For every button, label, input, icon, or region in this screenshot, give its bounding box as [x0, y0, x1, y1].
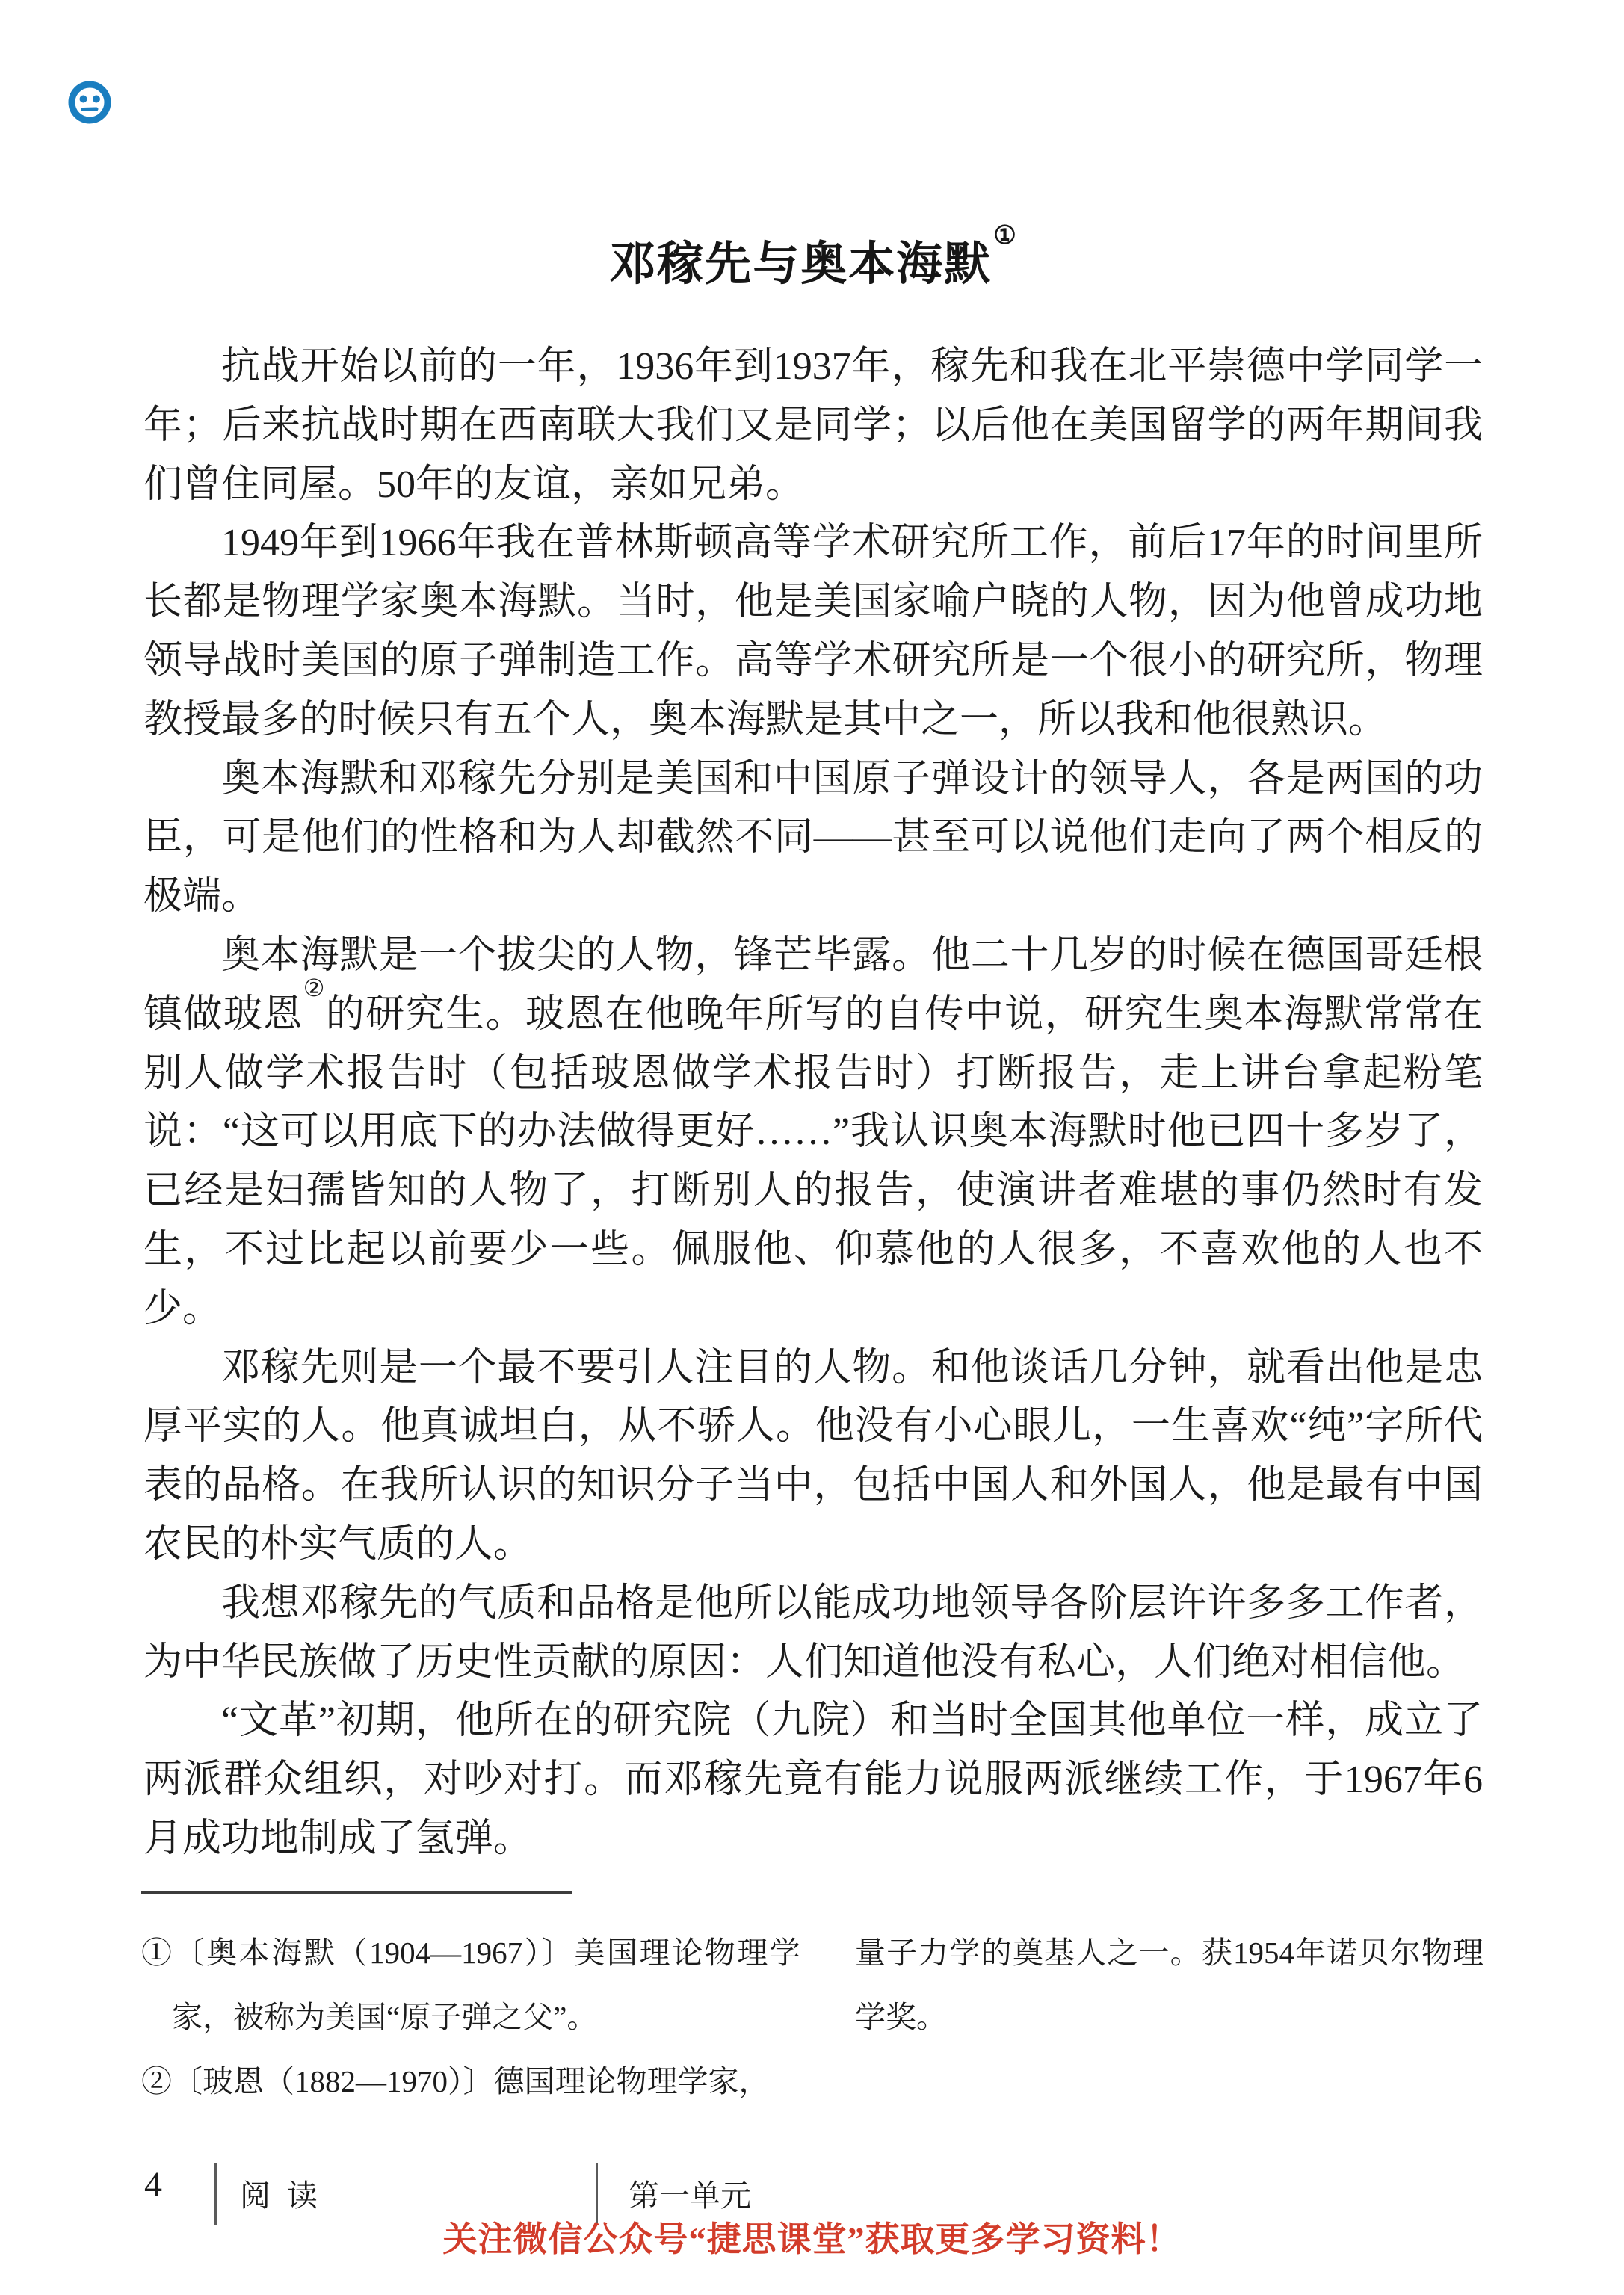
- page-number: 4: [144, 2164, 162, 2205]
- footnotes-left-column: ①〔奥本海默（1904—1967）〕美国理论物理学家，被称为美国“原子弹之父”。…: [141, 1921, 800, 2113]
- footnote-2: ②〔玻恩（1882—1970）〕德国理论物理学家，: [141, 2049, 800, 2113]
- footnotes-right-column: 量子力学的奠基人之一。获1954年诺贝尔物理学奖。: [855, 1921, 1483, 2049]
- paragraph-5: 邓稼先则是一个最不要引人注目的人物。和他谈话几分钟，就看出他是忠厚平实的人。他真…: [143, 1339, 1483, 1575]
- footnote-ref-2: ②: [303, 974, 326, 1001]
- paragraph-6: 我想邓稼先的气质和品格是他所以能成功地领导各阶层许许多多工作者，为中华民族做了历…: [143, 1575, 1483, 1693]
- smiley-face-icon: [67, 79, 113, 126]
- page-title: 邓稼先与奥本海默①: [0, 226, 1624, 293]
- section-label: 阅读: [240, 2171, 334, 2215]
- paragraph-4-text-continued: 的研究生。玻恩在他晚年所写的自传中说，研究生奥本海默常常在别人做学术报告时（包括…: [143, 993, 1483, 1330]
- paragraph-3: 奥本海默和邓稼先分别是美国和中国原子弹设计的领导人，各是两国的功臣，可是他们的性…: [143, 750, 1483, 927]
- paragraph-4: 奥本海默是一个拔尖的人物，锋芒毕露。他二十几岁的时候在德国哥廷根镇做玻恩②的研究…: [143, 927, 1483, 1339]
- textbook-page: 邓稼先与奥本海默① 抗战开始以前的一年，1936年到1937年，稼先和我在北平崇…: [0, 0, 1624, 2295]
- title-footnote-ref: ①: [993, 222, 1016, 250]
- paragraph-2: 1949年到1966年我在普林斯顿高等学术研究所工作，前后17年的时间里所长都是…: [143, 514, 1483, 750]
- article-body: 抗战开始以前的一年，1936年到1937年，稼先和我在北平崇德中学同学一年；后来…: [143, 338, 1483, 1869]
- watermark-text: 关注微信公众号“捷思课堂”获取更多学习资料！: [0, 2212, 1624, 2261]
- footnote-1: ①〔奥本海默（1904—1967）〕美国理论物理学家，被称为美国“原子弹之父”。: [141, 1921, 800, 2049]
- paragraph-7: “文革”初期，他所在的研究院（九院）和当时全国其他单位一样，成立了两派群众组织，…: [143, 1692, 1483, 1868]
- footnote-2-continuation: 量子力学的奠基人之一。获1954年诺贝尔物理学奖。: [855, 1921, 1483, 2049]
- footnotes-section: ①〔奥本海默（1904—1967）〕美国理论物理学家，被称为美国“原子弹之父”。…: [141, 1921, 1483, 2113]
- unit-label: 第一单元: [629, 2171, 751, 2215]
- title-text: 邓稼先与奥本海默: [609, 239, 992, 290]
- footnote-separator: [141, 1891, 572, 1894]
- paragraph-1: 抗战开始以前的一年，1936年到1937年，稼先和我在北平崇德中学同学一年；后来…: [143, 338, 1483, 514]
